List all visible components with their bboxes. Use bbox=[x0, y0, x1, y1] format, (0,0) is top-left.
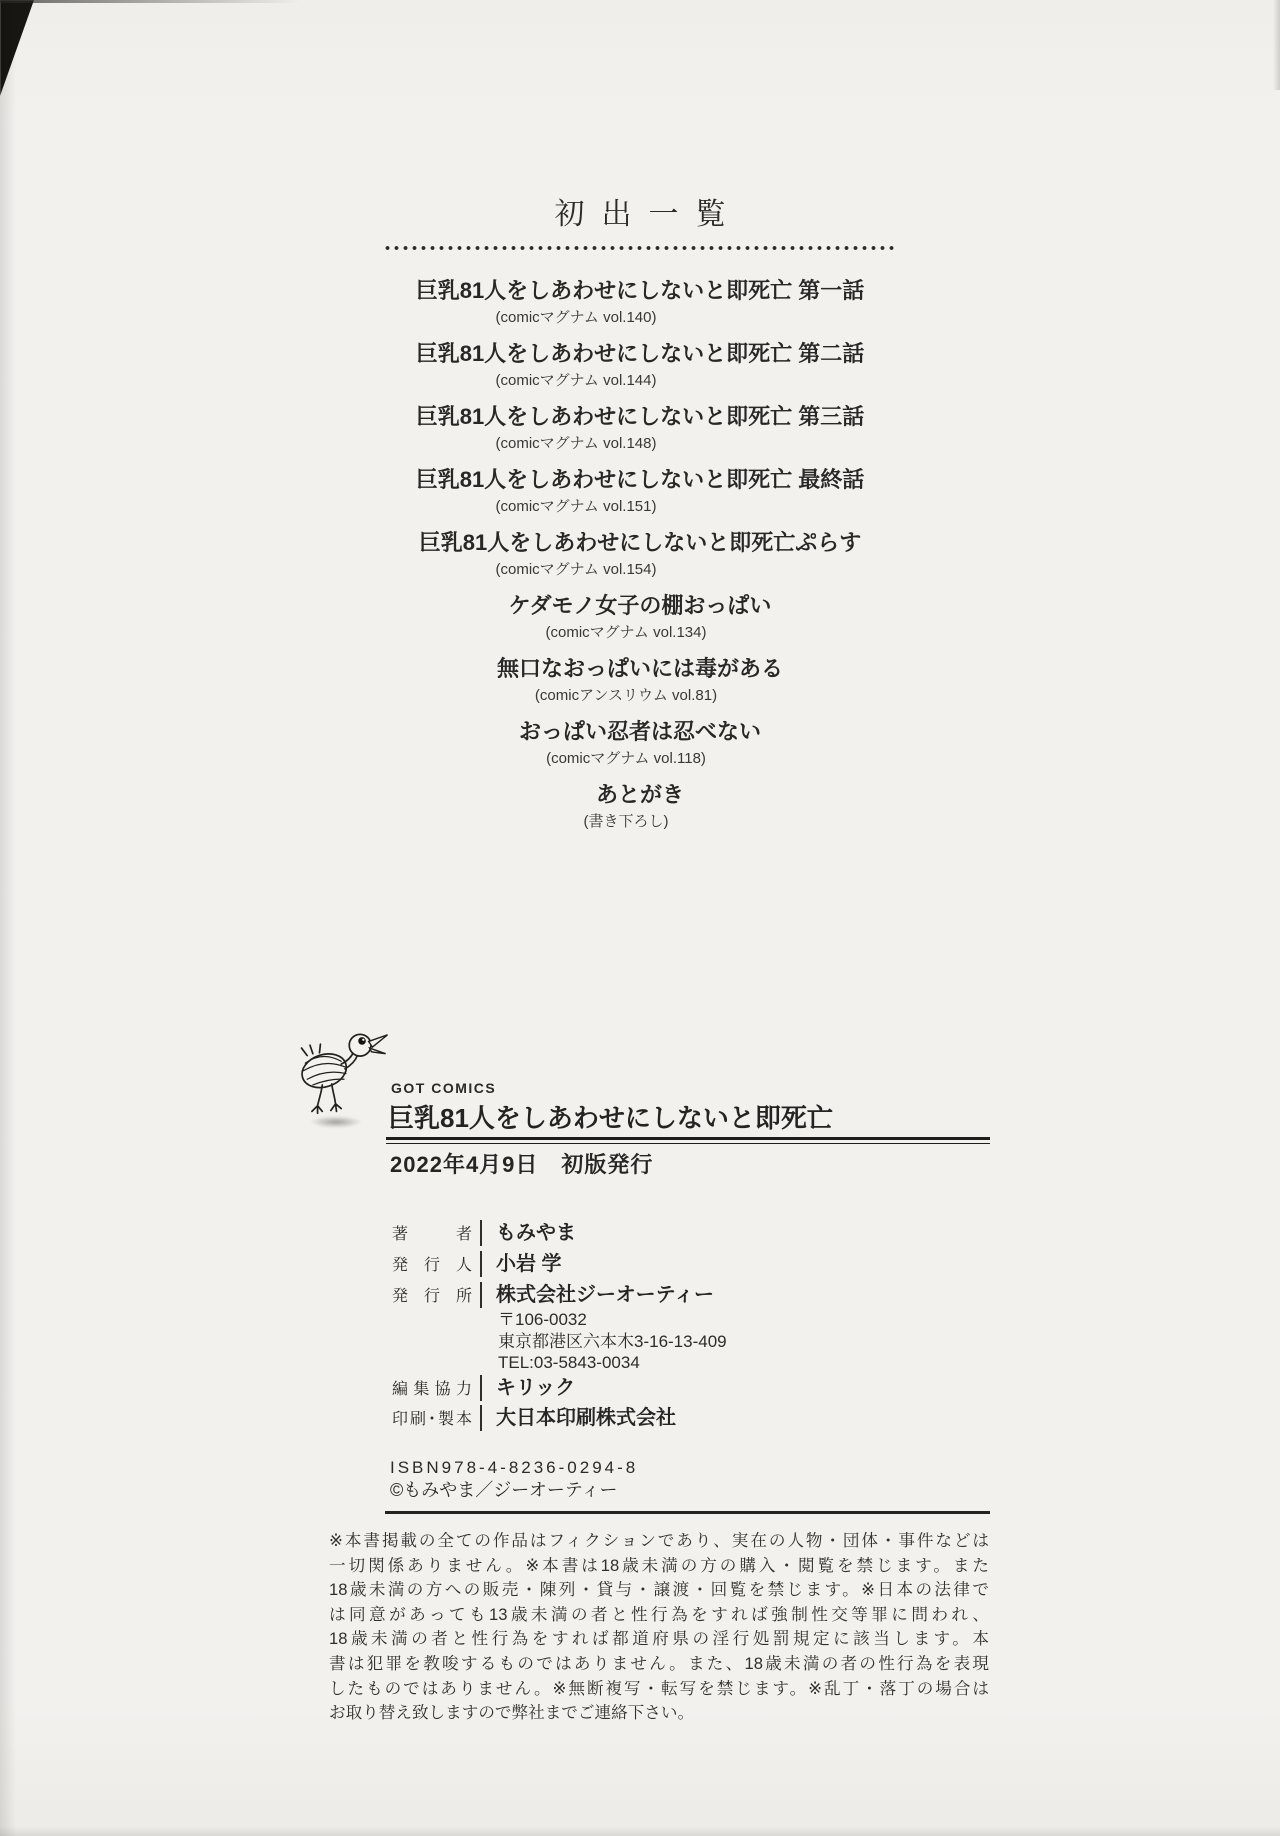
credit-label: 編集協力 bbox=[392, 1376, 472, 1399]
credit-row-printing: 印刷･製本 大日本印刷株式会社 bbox=[392, 1405, 676, 1431]
credit-label: 発行所 bbox=[392, 1283, 472, 1306]
street-address: 東京都港区六本木3-16-13-409 bbox=[498, 1331, 727, 1353]
title-underline bbox=[386, 1137, 990, 1144]
entry-source: (comicアンスリウム vol.81) bbox=[0, 685, 1266, 706]
bird-shadow bbox=[310, 1116, 362, 1128]
entry-source: (comicマグナム vol.140) bbox=[0, 307, 1216, 328]
phone-number: TEL:03-5843-0034 bbox=[498, 1352, 727, 1374]
entry-title: 巨乳81人をしあわせにしないと即死亡 第三話 bbox=[0, 402, 1280, 432]
credit-value: もみやま bbox=[480, 1220, 576, 1246]
scan-top-edge-shadow bbox=[0, 0, 300, 3]
publication-entry: あとがき (書き下ろし) bbox=[0, 780, 1280, 832]
credit-label: 発行人 bbox=[392, 1252, 472, 1275]
entry-source: (comicマグナム vol.151) bbox=[0, 496, 1216, 517]
publication-entries: 巨乳81人をしあわせにしないと即死亡 第一話 (comicマグナム vol.14… bbox=[0, 276, 1280, 843]
publication-entry: 巨乳81人をしあわせにしないと即死亡 第二話 (comicマグナム vol.14… bbox=[0, 339, 1280, 391]
publisher-bird-mascot-icon bbox=[293, 1030, 397, 1120]
disclaimer-line: したものではありません。※無断複写・転写を禁じます。※乱丁・落丁の場合は bbox=[329, 1677, 989, 1702]
entry-title: 巨乳81人をしあわせにしないと即死亡ぷらす bbox=[0, 528, 1280, 558]
disclaimer-line: は同意があっても13歳未満の者と性行為をすれば強制性交等罪に問われ、 bbox=[329, 1603, 989, 1628]
entry-title: 巨乳81人をしあわせにしないと即死亡 第一話 bbox=[0, 276, 1280, 306]
scan-bottom-edge-shadow bbox=[0, 1826, 1280, 1836]
credit-label: 著者 bbox=[392, 1221, 472, 1244]
entry-title: ケダモノ女子の棚おっぱい bbox=[0, 591, 1280, 621]
disclaimer-line: ※本書掲載の全ての作品はフィクションであり、実在の人物・団体・事件などは bbox=[329, 1529, 989, 1554]
credit-value: 大日本印刷株式会社 bbox=[480, 1405, 676, 1431]
entry-title: 巨乳81人をしあわせにしないと即死亡 最終話 bbox=[0, 465, 1280, 495]
credit-row-editing: 編集協力 キリック bbox=[392, 1375, 575, 1401]
entry-title: あとがき bbox=[0, 780, 1280, 810]
book-title: 巨乳81人をしあわせにしないと即死亡 bbox=[388, 1102, 833, 1134]
divider-rule bbox=[385, 1511, 990, 1514]
credits-table: 著者 もみやま 発行人 小岩 学 発行所 株式会社ジーオーティー 〒106-00… bbox=[392, 1217, 952, 1447]
entry-source: (書き下ろし) bbox=[0, 811, 1266, 832]
entry-source: (comicマグナム vol.148) bbox=[0, 433, 1216, 454]
credit-value: 株式会社ジーオーティー bbox=[480, 1282, 714, 1308]
credit-value: 小岩 学 bbox=[480, 1251, 562, 1277]
publication-entry: 巨乳81人をしあわせにしないと即死亡ぷらす (comicマグナム vol.154… bbox=[0, 528, 1280, 580]
publisher-address: 〒106-0032 東京都港区六本木3-16-13-409 TEL:03-584… bbox=[498, 1309, 727, 1374]
dotted-divider bbox=[383, 245, 897, 251]
entry-title: おっぱい忍者は忍べない bbox=[0, 717, 1280, 747]
credit-row-publisher-person: 発行人 小岩 学 bbox=[392, 1251, 562, 1277]
entry-source: (comicマグナム vol.144) bbox=[0, 370, 1216, 391]
entry-title: 巨乳81人をしあわせにしないと即死亡 第二話 bbox=[0, 339, 1280, 369]
legal-disclaimer: ※本書掲載の全ての作品はフィクションであり、実在の人物・団体・事件などは 一切関… bbox=[329, 1529, 989, 1726]
publication-entry: 巨乳81人をしあわせにしないと即死亡 最終話 (comicマグナム vol.15… bbox=[0, 465, 1280, 517]
publication-entry: 巨乳81人をしあわせにしないと即死亡 第一話 (comicマグナム vol.14… bbox=[0, 276, 1280, 328]
publication-entry: おっぱい忍者は忍べない (comicマグナム vol.118) bbox=[0, 717, 1280, 769]
credit-value: キリック bbox=[480, 1375, 575, 1401]
disclaimer-line: 一切関係ありません。※本書は18歳未満の方の購入・閲覧を禁じます。また bbox=[329, 1554, 989, 1579]
copyright-line: ©もみやま／ジーオーティー bbox=[390, 1479, 617, 1501]
imprint-label: GOT COMICS bbox=[391, 1080, 496, 1096]
scanned-colophon-page: 初出一覧 巨乳81人をしあわせにしないと即死亡 第一話 (comicマグナム v… bbox=[0, 0, 1280, 1836]
publication-entry: 巨乳81人をしあわせにしないと即死亡 第三話 (comicマグナム vol.14… bbox=[0, 402, 1280, 454]
postal-code: 〒106-0032 bbox=[498, 1309, 727, 1331]
credit-label: 印刷･製本 bbox=[392, 1406, 472, 1429]
edition-date: 2022年4月9日 初版発行 bbox=[390, 1151, 653, 1178]
disclaimer-line: 18歳未満の者と性行為をすれば都道府県の淫行処罰規定に該当します。本 bbox=[329, 1627, 989, 1652]
credit-row-author: 著者 もみやま bbox=[392, 1220, 576, 1246]
disclaimer-line: お取り替え致しますので弊社までご連絡下さい。 bbox=[329, 1701, 989, 1726]
disclaimer-line: 書は犯罪を教唆するものではありません。また、18歳未満の者の性行為を表現 bbox=[329, 1652, 989, 1677]
entry-source: (comicマグナム vol.134) bbox=[0, 622, 1266, 643]
entry-source: (comicマグナム vol.154) bbox=[0, 559, 1216, 580]
disclaimer-line: 18歳未満の方への販売・陳列・貸与・譲渡・回覧を禁じます。※日本の法律で bbox=[329, 1578, 989, 1603]
isbn: ISBN978-4-8236-0294-8 bbox=[390, 1458, 638, 1478]
publication-entry: ケダモノ女子の棚おっぱい (comicマグナム vol.134) bbox=[0, 591, 1280, 643]
publication-entry: 無口なおっぱいには毒がある (comicアンスリウム vol.81) bbox=[0, 654, 1280, 706]
section-title: 初出一覧 bbox=[0, 199, 1280, 231]
entry-source: (comicマグナム vol.118) bbox=[0, 748, 1266, 769]
scan-right-edge-shadow bbox=[1273, 0, 1280, 90]
entry-title: 無口なおっぱいには毒がある bbox=[0, 654, 1280, 684]
credit-row-publisher-company: 発行所 株式会社ジーオーティー bbox=[392, 1282, 714, 1308]
